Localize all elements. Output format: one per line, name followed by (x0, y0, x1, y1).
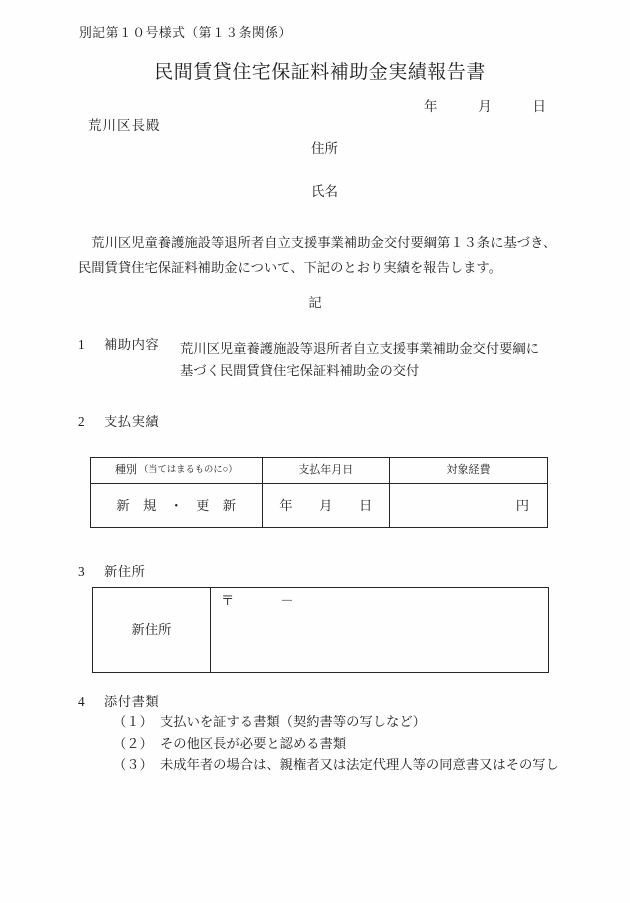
attachment-item-text: 支払いを証する書類（契約書等の写しなど） (160, 715, 426, 728)
form-number: 別記第１０号様式（第１３条関係） (79, 27, 292, 40)
table-header-expense: 対象経費 (390, 458, 547, 484)
body-paragraph: 荒川区児童養護施設等退所者自立支援事業補助金交付要綱第１３条に基づき、 民間賃貸… (78, 230, 564, 281)
postal-mark: 〒 (221, 594, 234, 607)
section3-label: 新住所 (104, 565, 145, 578)
section4-number: 4 (78, 695, 85, 708)
table-header-payment-date: 支払年月日 (263, 458, 391, 484)
attachment-item: （１） 支払いを証する書類（契約書等の写しなど） (113, 715, 559, 737)
postal-dash: － (280, 594, 293, 607)
table-cell-expense: 円 (390, 484, 547, 527)
attachment-item: （２） その他区長が必要と認める書類 (113, 737, 559, 759)
addressee: 荒川区長殿 (88, 119, 161, 133)
attachment-item-number: （３） (113, 758, 160, 771)
table-cell-payment-date: 年 月 日 (263, 484, 391, 527)
attachment-list: （１） 支払いを証する書類（契約書等の写しなど） （２） その他区長が必要と認め… (113, 715, 559, 780)
name-field-label: 氏名 (311, 185, 338, 199)
type-header-text: 種別 (115, 465, 137, 476)
date-year-label: 年 (424, 100, 438, 114)
section4-label: 添付書類 (104, 695, 159, 708)
type-header-note: （当てはまるものに○） (139, 466, 238, 475)
payment-date-header-text: 支払年月日 (298, 465, 353, 476)
attachment-item-text: 未成年者の場合は、親権者又は法定代理人等の同意書又はその写し (160, 758, 559, 771)
section1-description-line1: 荒川区児童養護施設等退所者自立支援事業補助金交付要綱に (180, 338, 539, 360)
new-address-table: 新住所 〒 － (92, 587, 549, 673)
payment-date-blank-text: 年 月 日 (279, 499, 372, 512)
body-paragraph-line1: 荒川区児童養護施設等退所者自立支援事業補助金交付要綱第１３条に基づき、 (78, 230, 564, 255)
document-title: 民間賃貸住宅保証料補助金実績報告書 (0, 63, 630, 82)
attachment-item-text: その他区長が必要と認める書類 (160, 737, 346, 750)
body-paragraph-line2: 民間賃貸住宅保証料補助金について、下記のとおり実績を報告します。 (78, 255, 564, 280)
new-address-row-label: 新住所 (93, 588, 211, 672)
section2-number: 2 (78, 415, 85, 428)
payment-record-table: 種別 （当てはまるものに○） 支払年月日 対象経費 新 規 ・ 更 新 年 月 … (90, 457, 548, 528)
date-line: 年 月 日 (424, 100, 546, 114)
section1-description: 荒川区児童養護施設等退所者自立支援事業補助金交付要綱に 基づく民間賃貸住宅保証料… (180, 338, 539, 381)
attachment-item-number: （１） (113, 715, 160, 728)
new-address-value-cell: 〒 － (211, 588, 548, 672)
table-cell-type-options: 新 規 ・ 更 新 (91, 484, 263, 527)
address-field-label: 住所 (311, 142, 338, 156)
date-day-label: 日 (533, 100, 547, 114)
postal-code-line: 〒 － (221, 594, 548, 607)
section1-label: 補助内容 (104, 338, 159, 351)
type-options-text: 新 規 ・ 更 新 (116, 499, 236, 512)
expense-unit-text: 円 (516, 499, 529, 512)
date-month-label: 月 (478, 100, 492, 114)
section1-number: 1 (78, 338, 85, 351)
ki-marker: 記 (0, 296, 630, 309)
section3-number: 3 (78, 565, 85, 578)
attachment-item-number: （２） (113, 737, 160, 750)
attachment-item: （３） 未成年者の場合は、親権者又は法定代理人等の同意書又はその写し (113, 758, 559, 780)
expense-header-text: 対象経費 (447, 465, 491, 476)
section1-description-line2: 基づく民間賃貸住宅保証料補助金の交付 (180, 360, 539, 382)
table-header-type: 種別 （当てはまるものに○） (91, 458, 263, 484)
section2-label: 支払実績 (104, 415, 159, 428)
document-page: 別記第１０号様式（第１３条関係） 民間賃貸住宅保証料補助金実績報告書 年 月 日… (0, 0, 630, 903)
